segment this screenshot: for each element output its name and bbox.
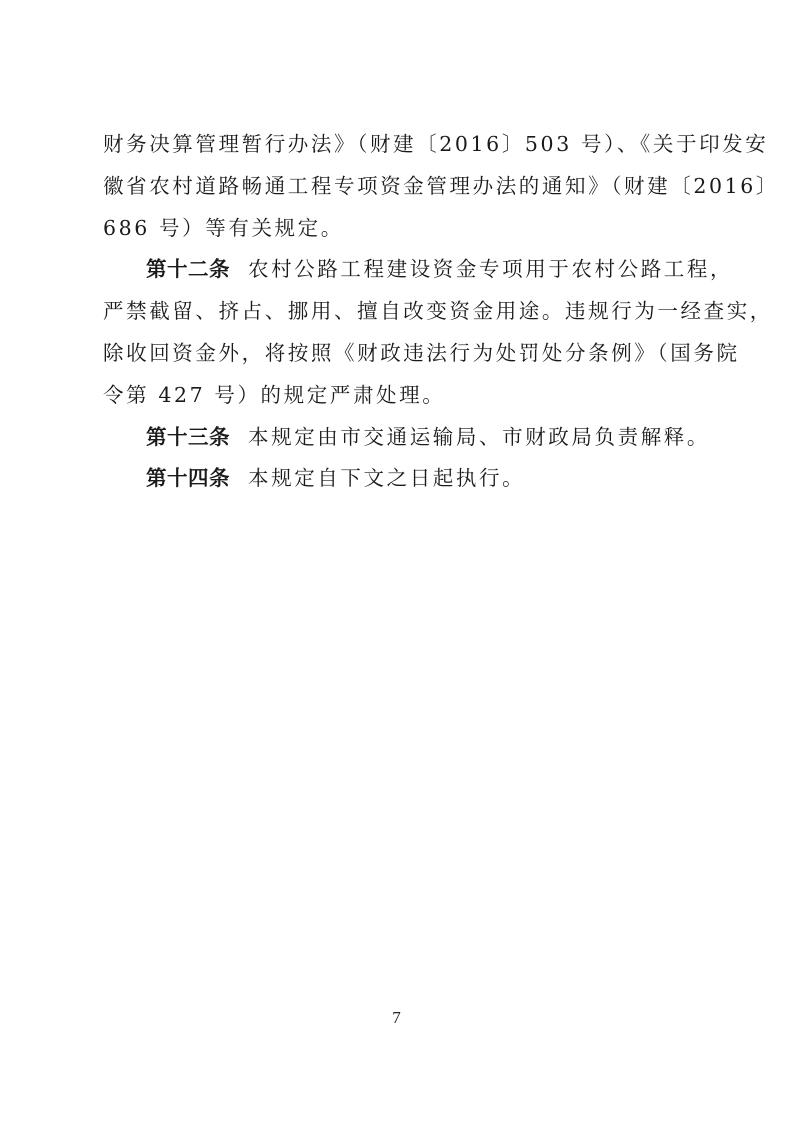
paragraph-line: 徽省农村道路畅通工程专项资金管理办法的通知》（财建〔2016〕 xyxy=(103,166,695,208)
article-label: 第十三条 xyxy=(146,425,230,449)
article-text: 本规定自下文之日起执行。 xyxy=(248,466,525,490)
paragraph-line: 财务决算管理暂行办法》（财建〔2016〕503 号）、《关于印发安 xyxy=(103,124,695,166)
document-page: 财务决算管理暂行办法》（财建〔2016〕503 号）、《关于印发安 徽省农村道路… xyxy=(0,0,793,1122)
article-label: 第十二条 xyxy=(146,257,230,281)
paragraph-line: 令第 427 号）的规定严肃处理。 xyxy=(103,375,695,417)
paragraph-line: 除收回资金外，将按照《财政违法行为处罚处分条例》（国务院 xyxy=(103,333,695,375)
article-12: 第十二条农村公路工程建设资金专项用于农村公路工程， xyxy=(103,249,695,291)
article-13: 第十三条本规定由市交通运输局、市财政局负责解释。 xyxy=(103,417,695,459)
article-label: 第十四条 xyxy=(146,466,230,490)
article-14: 第十四条本规定自下文之日起执行。 xyxy=(103,458,695,500)
article-text: 农村公路工程建设资金专项用于农村公路工程， xyxy=(248,257,733,281)
paragraph-line: 686 号）等有关规定。 xyxy=(103,208,695,250)
document-body: 财务决算管理暂行办法》（财建〔2016〕503 号）、《关于印发安 徽省农村道路… xyxy=(103,124,695,500)
page-number: 7 xyxy=(0,1008,793,1028)
paragraph-line: 严禁截留、挤占、挪用、擅自改变资金用途。违规行为一经查实， xyxy=(103,291,695,333)
article-text: 本规定由市交通运输局、市财政局负责解释。 xyxy=(248,425,710,449)
